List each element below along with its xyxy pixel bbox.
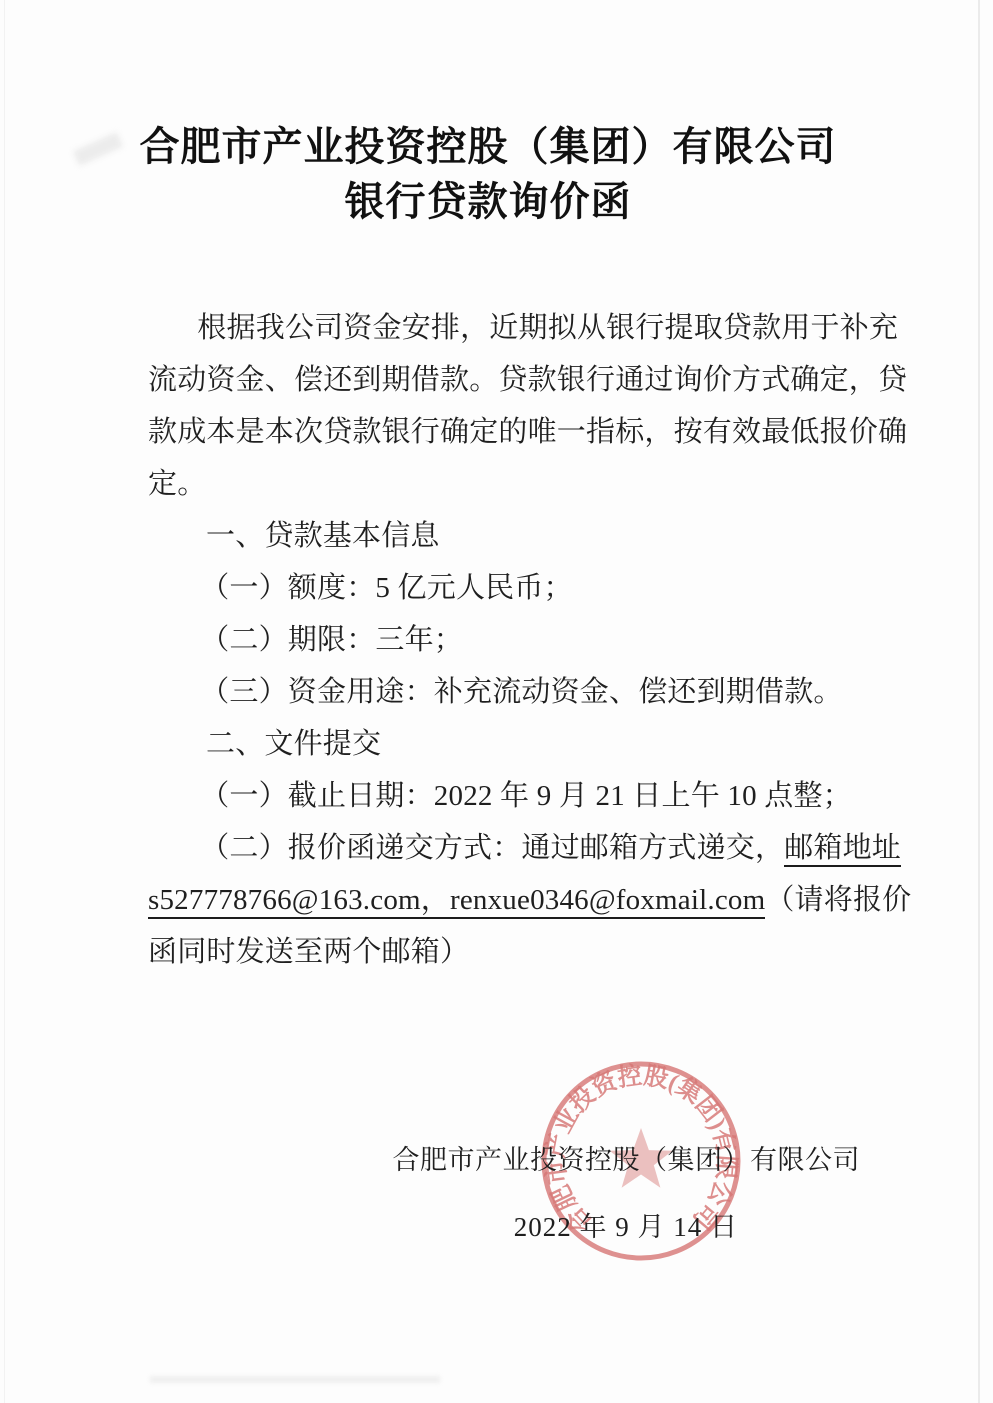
- scan-artifact-right-edge: [978, 0, 980, 1403]
- document-title: 合肥市产业投资控股（集团）有限公司 银行贷款询价函: [0, 120, 976, 230]
- text-segment: （一）额度：5 亿元人民币；: [200, 572, 573, 604]
- text-segment: 二、文件提交: [206, 728, 381, 760]
- text-line: 一、贷款基本信息: [148, 510, 856, 562]
- text-line: （二）报价函递交方式：通过邮箱方式递交，邮箱地址: [148, 822, 856, 874]
- text-segment: （一）截止日期：2022 年 9 月 21 日上午 10 点整；: [200, 780, 852, 812]
- scan-smudge: [150, 1376, 440, 1383]
- scanned-document-page: 合肥市产业投资控股（集团）有限公司 银行贷款询价函 根据我公司资金安排，近期拟从…: [0, 0, 993, 1403]
- text-segment: 款成本是本次贷款银行确定的唯一指标，按有效最低报价确: [148, 416, 907, 448]
- text-segment: 定。: [148, 468, 206, 500]
- text-line: 函同时发送至两个邮箱）: [148, 926, 856, 978]
- text-segment: （二）期限：三年；: [200, 624, 463, 656]
- document-title-line2: 银行贷款询价函: [0, 175, 976, 230]
- text-line: 二、文件提交: [148, 718, 856, 770]
- text-line: 根据我公司资金安排，近期拟从银行提取贷款用于补充: [148, 302, 856, 354]
- text-line: 定。: [148, 458, 856, 510]
- document-body: 根据我公司资金安排，近期拟从银行提取贷款用于补充流动资金、偿还到期借款。贷款银行…: [148, 302, 856, 978]
- text-line: （一）额度：5 亿元人民币；: [148, 562, 856, 614]
- text-line: （二）期限：三年；: [148, 614, 856, 666]
- text-segment: （二）报价函递交方式：通过邮箱方式递交，: [200, 832, 784, 864]
- document-title-line1: 合肥市产业投资控股（集团）有限公司: [0, 120, 976, 175]
- text-segment: 函同时发送至两个邮箱）: [148, 936, 469, 968]
- signature-date: 2022 年 9 月 14 日: [514, 1205, 738, 1244]
- text-line: （一）截止日期：2022 年 9 月 21 日上午 10 点整；: [148, 770, 856, 822]
- text-segment: （请将报价: [765, 884, 911, 916]
- text-segment: （三）资金用途：补充流动资金、偿还到期借款。: [200, 676, 842, 708]
- text-segment: 流动资金、偿还到期借款。贷款银行通过询价方式确定，贷: [148, 364, 907, 396]
- text-line: （三）资金用途：补充流动资金、偿还到期借款。: [148, 666, 856, 718]
- underlined-text: s527778766@163.com，renxue0346@foxmail.co…: [148, 884, 765, 919]
- text-line: 流动资金、偿还到期借款。贷款银行通过询价方式确定，贷: [148, 354, 856, 406]
- text-segment: 一、贷款基本信息: [206, 520, 440, 552]
- text-line: 款成本是本次贷款银行确定的唯一指标，按有效最低报价确: [148, 406, 856, 458]
- underlined-text: 邮箱地址: [784, 832, 901, 867]
- signature-company: 合肥市产业投资控股（集团）有限公司: [393, 1138, 861, 1177]
- text-line: s527778766@163.com，renxue0346@foxmail.co…: [148, 874, 856, 926]
- text-segment: 根据我公司资金安排，近期拟从银行提取贷款用于补充: [197, 312, 898, 344]
